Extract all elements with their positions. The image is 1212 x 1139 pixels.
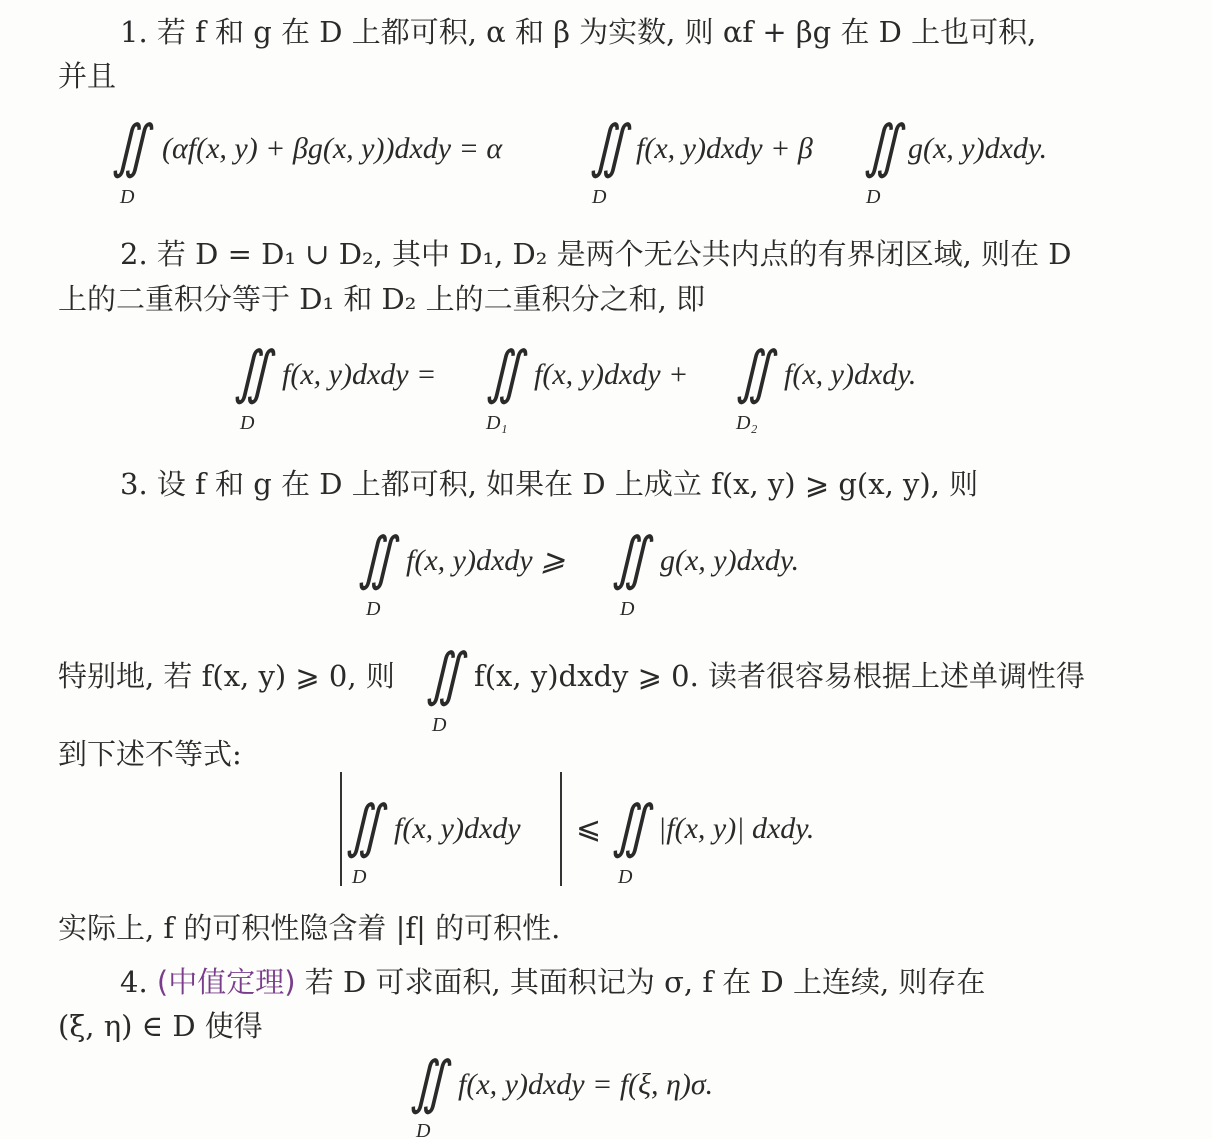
equation-1-rhs: g(x, y)dxdy. xyxy=(908,134,1047,164)
double-integral-icon: ∬ xyxy=(346,792,362,860)
item-1-line-1: 1. 若 f 和 g 在 D 上都可积, α 和 β 为实数, 则 αf + β… xyxy=(120,18,1036,47)
double-integral-icon: ∬ xyxy=(590,112,606,180)
theorem-title: (中值定理) xyxy=(157,965,296,999)
equation-1-lhs: (αf(x, y) + βg(x, y))dxdy = α xyxy=(162,134,502,164)
equation-3-rhs: g(x, y)dxdy. xyxy=(660,546,799,576)
abs-lhs: f(x, y)dxdy xyxy=(394,814,521,844)
domain-label: D₂ xyxy=(736,412,757,435)
domain-label: D xyxy=(366,598,380,621)
double-integral-icon: ∬ xyxy=(410,1048,426,1116)
item-1-line-2: 并且 xyxy=(58,62,116,91)
domain-label: D xyxy=(240,412,254,435)
double-integral-icon: ∬ xyxy=(736,338,752,406)
domain-label: D xyxy=(620,598,634,621)
domain-label: D xyxy=(592,186,606,209)
equation-4-body: f(x, y)dxdy = f(ξ, η)σ. xyxy=(458,1070,713,1100)
item-4-line-1: 4. (中值定理) 若 D 可求面积, 其面积记为 σ, f 在 D 上连续, … xyxy=(120,968,985,997)
item-2-line-2: 上的二重积分等于 D₁ 和 D₂ 上的二重积分之和, 即 xyxy=(58,285,705,314)
item-4-line-2: (ξ, η) ∈ D 使得 xyxy=(58,1012,263,1041)
equation-3-lhs: f(x, y)dxdy ⩾ xyxy=(406,546,565,576)
special-case-post: f(x, y)dxdy ⩾ 0. 读者很容易根据上述单调性得 xyxy=(474,662,1085,691)
item-4-text: 若 D 可求面积, 其面积记为 σ, f 在 D 上连续, 则存在 xyxy=(305,965,986,999)
domain-label: D₁ xyxy=(486,412,507,435)
domain-label: D xyxy=(432,714,446,737)
abs-relation: ⩽ xyxy=(576,814,601,844)
double-integral-icon: ∬ xyxy=(426,640,442,708)
equation-2-lhs: f(x, y)dxdy = xyxy=(282,360,436,390)
double-integral-icon: ∬ xyxy=(612,792,628,860)
equation-2-rhs: f(x, y)dxdy. xyxy=(784,360,916,390)
domain-label: D xyxy=(120,186,134,209)
double-integral-icon: ∬ xyxy=(112,112,128,180)
abs-bar-left xyxy=(340,772,342,886)
double-integral-icon: ∬ xyxy=(864,112,880,180)
double-integral-icon: ∬ xyxy=(486,338,502,406)
equation-1-mid: f(x, y)dxdy + β xyxy=(636,134,813,164)
double-integral-icon: ∬ xyxy=(358,524,374,592)
domain-label: D xyxy=(866,186,880,209)
special-case-pre: 特别地, 若 f(x, y) ⩾ 0, 则 xyxy=(58,662,395,691)
abs-rhs: |f(x, y)| dxdy. xyxy=(658,814,814,844)
domain-label: D xyxy=(416,1120,430,1139)
item-3-line-3: 到下述不等式: xyxy=(58,740,242,769)
item-4-number: 4. xyxy=(120,965,148,999)
domain-label: D xyxy=(618,866,632,889)
double-integral-icon: ∬ xyxy=(612,524,628,592)
domain-label: D xyxy=(352,866,366,889)
abs-bar-right xyxy=(560,772,562,886)
equation-2-mid: f(x, y)dxdy + xyxy=(534,360,688,390)
item-2-line-1: 2. 若 D = D₁ ∪ D₂, 其中 D₁, D₂ 是两个无公共内点的有界闭… xyxy=(120,240,1072,269)
double-integral-icon: ∬ xyxy=(234,338,250,406)
item-3-line-1: 3. 设 f 和 g 在 D 上都可积, 如果在 D 上成立 f(x, y) ⩾… xyxy=(120,470,978,499)
remark: 实际上, f 的可积性隐含着 |f| 的可积性. xyxy=(58,914,560,943)
